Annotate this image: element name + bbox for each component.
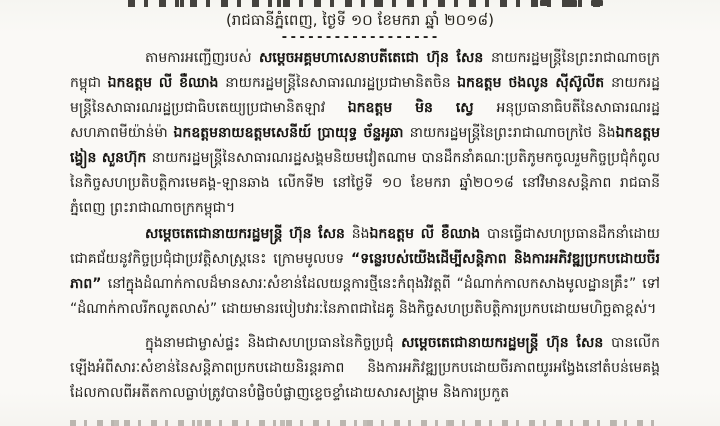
bold-text-segment: ឯកឧត្តម ថងលូន ស៊ីស៊ូលីត <box>457 75 611 91</box>
clipped-glyph-fragment <box>540 0 550 6</box>
document-body: តាមការអញ្ជើញរបស់ សម្តេចអគ្គមហាសេនាបតីតេជ… <box>70 46 660 406</box>
text-segment: នាយករដ្ឋមន្ត្រីនៃសាធារណរដ្ឋប្រជាមានិតចិន <box>225 75 457 91</box>
text-segment: និង <box>352 226 370 242</box>
bold-text-segment: សម្តេចតេជោនាយករដ្ឋមន្ត្រី ហ៊ុន សែន <box>401 335 611 351</box>
clipped-bottom-line-fragment <box>70 420 656 426</box>
text-segment: តាមការអញ្ជើញរបស់ <box>145 50 259 66</box>
bold-text-segment: សម្តេចអគ្គមហាសេនាបតីតេជោ ហ៊ុន សែន <box>259 50 491 66</box>
paragraph: តាមការអញ្ជើញរបស់ សម្តេចអគ្គមហាសេនាបតីតេជ… <box>70 46 660 221</box>
text-segment: ក្នុងនាមជាម្ចាស់ផ្ទះ និងជាសហប្រធាននៃកិច្… <box>145 335 401 351</box>
clipped-title-fragment <box>128 0 606 7</box>
bold-text-segment: ឯកឧត្តម លី ខឺឈាង <box>370 226 487 242</box>
bold-text-segment: ឯកឧត្តម មិន ស្វេ <box>348 100 497 116</box>
dashed-separator: ------------------ <box>0 30 720 45</box>
bold-text-segment: ឯកឧត្តម លី ខឺឈាង <box>108 75 226 91</box>
dateline: (រាជធានីភ្នំពេញ, ថ្ងៃទី ១០ ខែមករា ឆ្នាំ … <box>0 9 720 31</box>
text-segment: នៅក្នុងដំណាក់កាលដ៏មានសារៈសំខាន់ដែលយន្តកា… <box>70 276 660 317</box>
bold-text-segment: សម្តេចតេជោនាយករដ្ឋមន្ត្រី ហ៊ុន សែន <box>145 226 352 242</box>
paragraph: ក្នុងនាមជាម្ចាស់ផ្ទះ និងជាសហប្រធាននៃកិច្… <box>70 331 660 406</box>
clipped-glyph-fragment <box>568 0 577 7</box>
scanned-document-page: (រាជធានីភ្នំពេញ, ថ្ងៃទី ១០ ខែមករា ឆ្នាំ … <box>0 0 720 426</box>
paragraph: សម្តេចតេជោនាយករដ្ឋមន្ត្រី ហ៊ុន សែន និងឯក… <box>70 222 660 322</box>
text-segment: នាយករដ្ឋមន្ត្រីនៃព្រះរាជាណាចក្រថៃ និង <box>410 125 616 141</box>
bold-text-segment: ឯកឧត្តមនាយឧត្តមសេនីយ៍ ប្រាយុទ្ធ ច័ន្ទអូឆ… <box>174 125 410 141</box>
clipped-glyph-fragment <box>591 0 603 6</box>
text-segment: នាយករដ្ឋមន្ត្រីនៃសាធារណរដ្ឋសង្គមនិយមវៀតណ… <box>70 150 660 216</box>
